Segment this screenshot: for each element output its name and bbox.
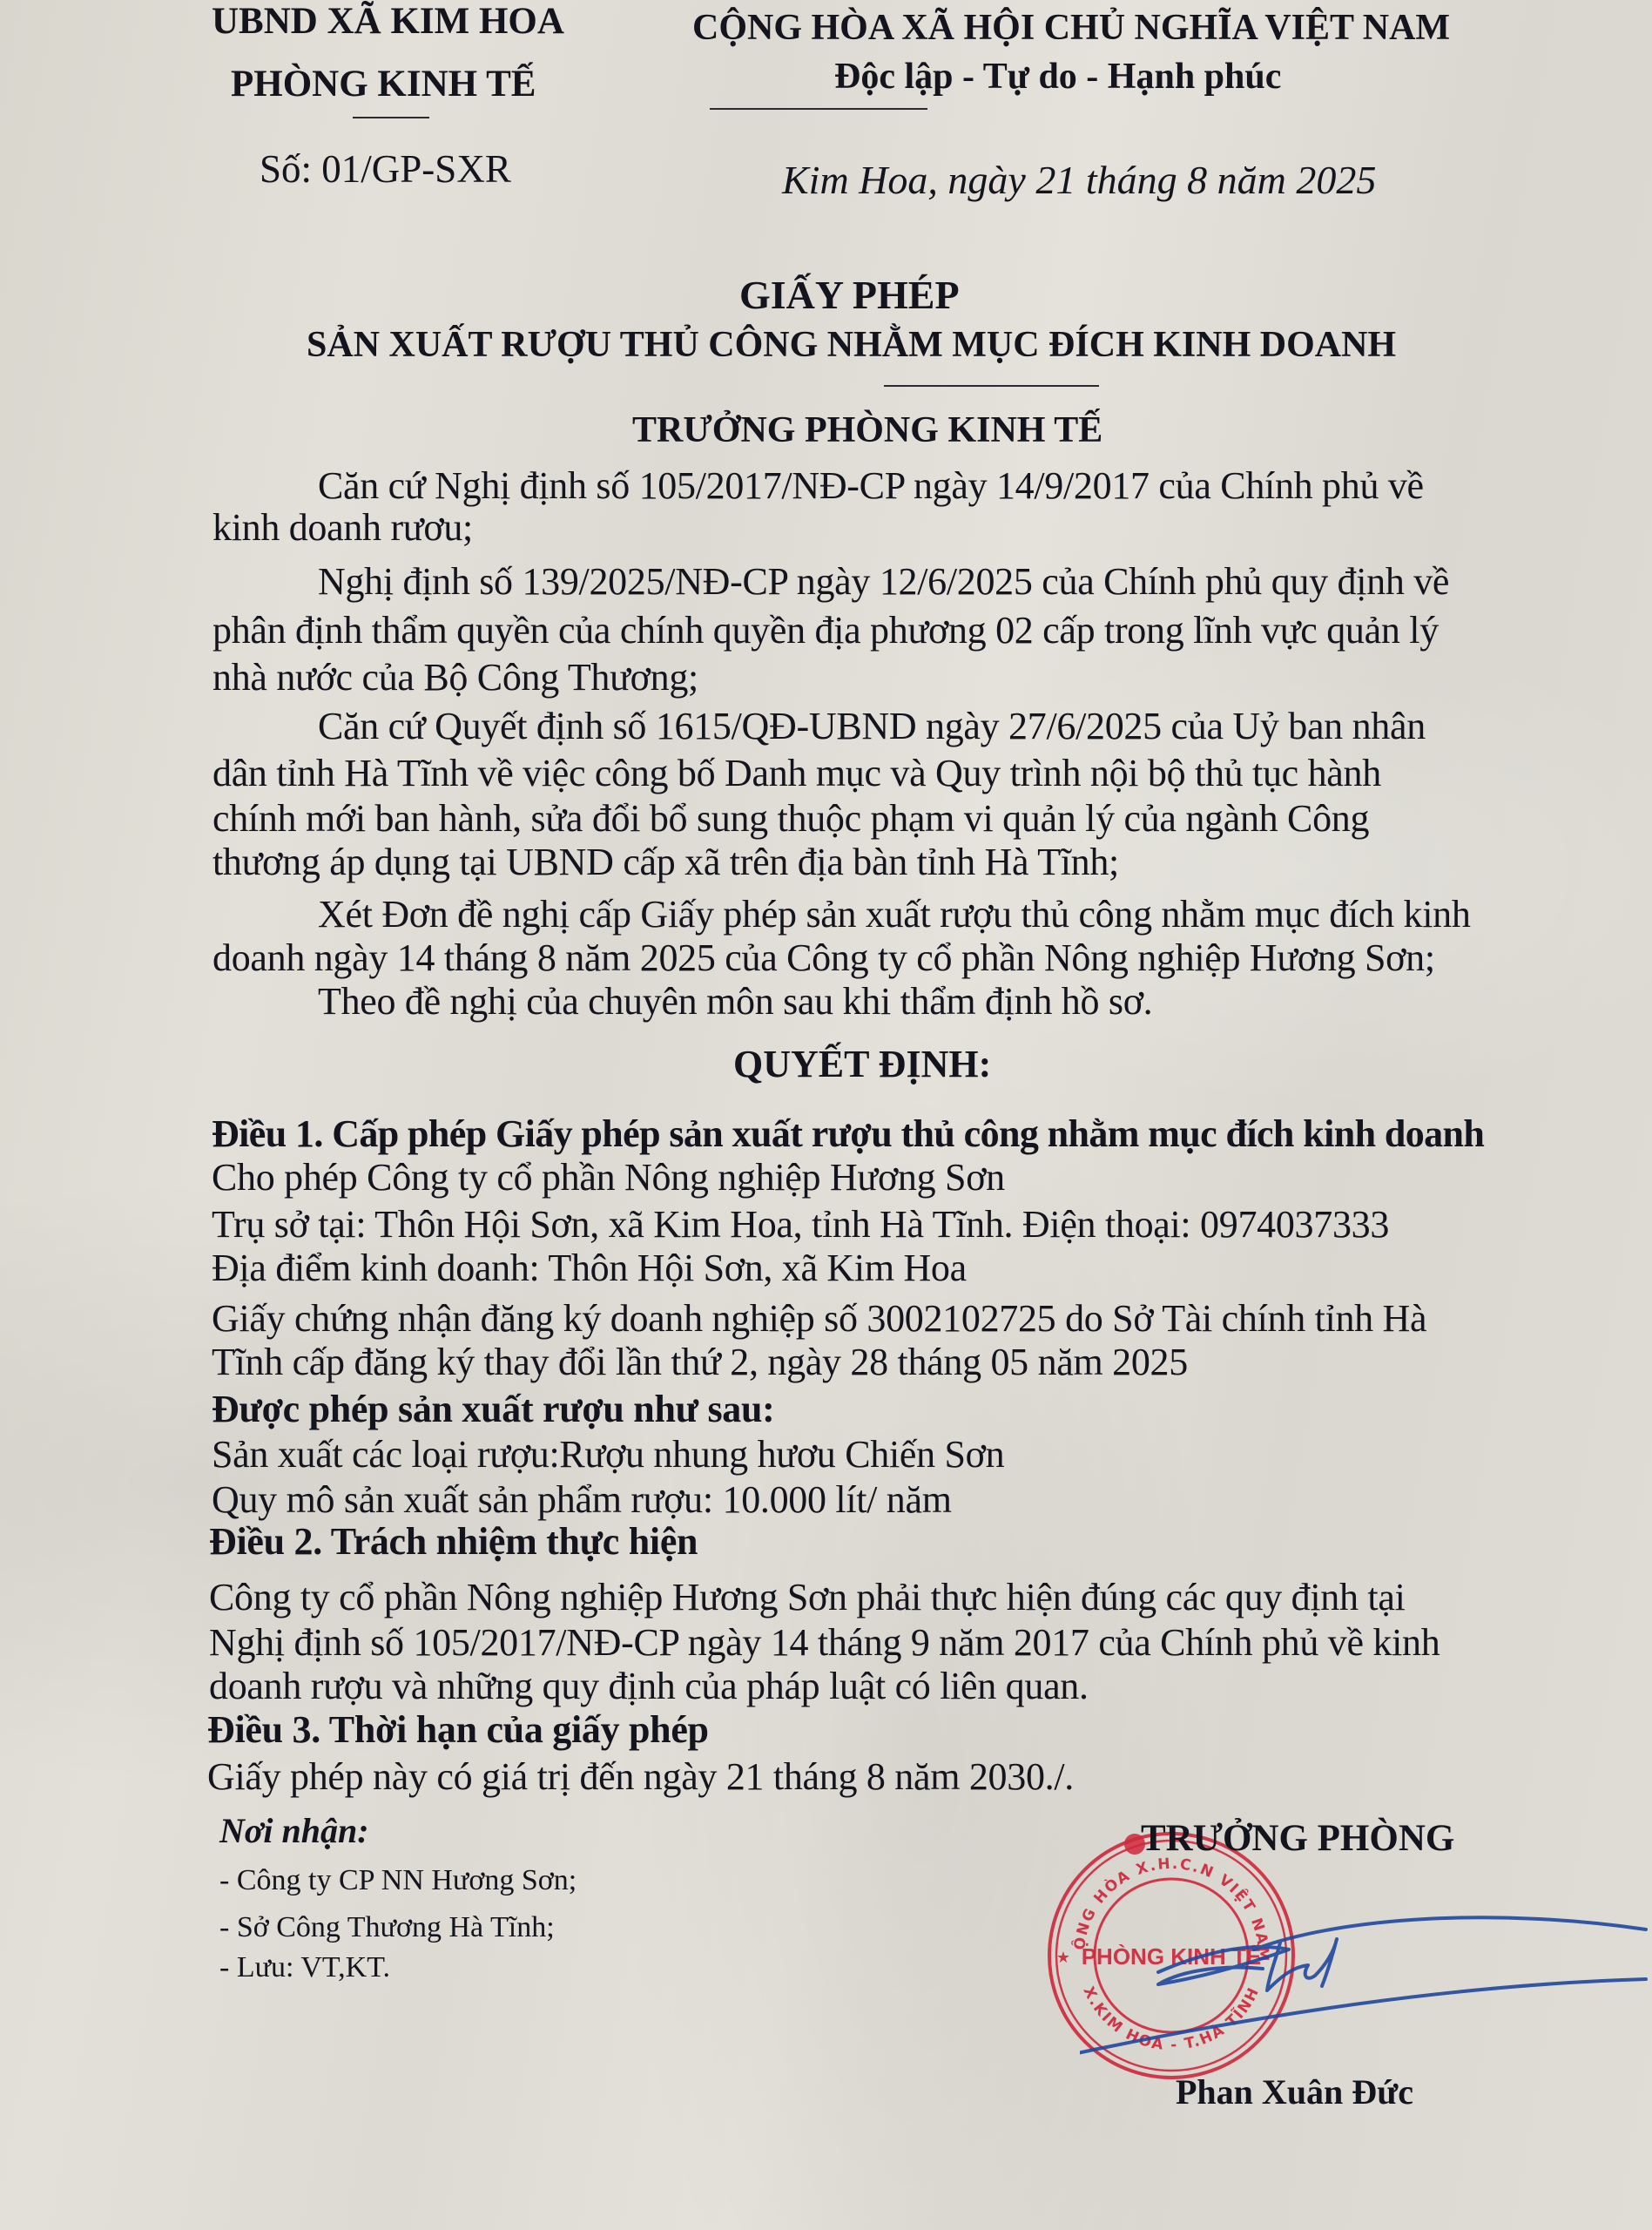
document-title: GIẤY PHÉP [739, 272, 960, 318]
permitted-production-heading: Được phép sản xuất rượu như sau: [212, 1387, 775, 1431]
document-number: Số: 01/GP-SXR [260, 146, 511, 192]
article-1-heading: Điều 1. Cấp phép Giấy phép sản xuất rượu… [212, 1112, 1484, 1156]
header-right-rule [710, 108, 927, 110]
authority-heading: TRƯỞNG PHÒNG KINH TẾ [632, 409, 1102, 451]
article-2-heading: Điều 2. Trách nhiệm thực hiện [209, 1519, 698, 1564]
preamble-line: thương áp dụng tại UBND cấp xã trên địa … [212, 840, 1119, 884]
issuing-department: PHÒNG KINH TẾ [231, 63, 536, 105]
article-3-heading: Điều 3. Thời hạn của giấy phép [207, 1707, 709, 1752]
article-2-line: doanh rượu và những quy định của pháp lu… [209, 1664, 1089, 1708]
issuing-agency: UBND XÃ KIM HOA [212, 0, 564, 43]
recipients-heading: Nơi nhận: [219, 1810, 369, 1851]
preamble-line: Xét Đơn đề nghị cấp Giấy phép sản xuất r… [318, 892, 1471, 936]
preamble-line: phân định thẩm quyền của chính quyền địa… [212, 608, 1439, 652]
article-2-line: Công ty cổ phần Nông nghiệp Hương Sơn ph… [209, 1575, 1406, 1619]
signatory-name: Phan Xuân Đức [1176, 2071, 1413, 2112]
preamble-line: Theo đề nghị của chuyên môn sau khi thẩm… [318, 979, 1152, 1024]
preamble-line: Căn cứ Quyết định số 1615/QĐ-UBND ngày 2… [318, 704, 1426, 748]
signatory-title: TRƯỞNG PHÒNG [1141, 1817, 1454, 1860]
recipient-item: - Lưu: VT,KT. [219, 1951, 390, 1984]
title-rule [884, 385, 1099, 387]
preamble-line: kinh doanh rươu; [212, 505, 473, 550]
decision-heading: QUYẾT ĐỊNH: [733, 1042, 991, 1086]
preamble-line: Nghị định số 139/2025/NĐ-CP ngày 12/6/20… [318, 559, 1449, 604]
national-title: CỘNG HÒA XÃ HỘI CHỦ NGHĨA VIỆT NAM [692, 7, 1450, 49]
preamble-line: chính mới ban hành, sửa đổi bổ sung thuộ… [212, 796, 1369, 841]
handwritten-signature [1080, 1882, 1652, 2073]
permitted-product-line: Sản xuất các loại rượu:Rượu nhung hươu C… [212, 1432, 1004, 1477]
preamble-line: doanh ngày 14 tháng 8 năm 2025 của Công … [212, 936, 1435, 980]
header-left-rule [353, 117, 429, 118]
article-1-line: Giấy chứng nhận đăng ký doanh nghiệp số … [212, 1296, 1426, 1341]
article-1-line: Cho phép Công ty cổ phần Nông nghiệp Hươ… [212, 1155, 1005, 1199]
production-scale-line: Quy mô sản xuất sản phẩm rượu: 10.000 lí… [212, 1477, 952, 1522]
stamp-star-icon: ★ [1056, 1949, 1070, 1967]
document-subtitle: SẢN XUẤT RƯỢU THỦ CÔNG NHẰM MỤC ĐÍCH KIN… [307, 324, 1396, 366]
national-motto: Độc lập - Tự do - Hạnh phúc [834, 56, 1281, 98]
preamble-line: dân tỉnh Hà Tĩnh về việc công bố Danh mụ… [212, 751, 1381, 795]
article-1-line: Tĩnh cấp đăng ký thay đổi lần thứ 2, ngà… [212, 1340, 1188, 1384]
article-3-line: Giấy phép này có giá trị đến ngày 21 thá… [207, 1754, 1074, 1799]
preamble-line: Căn cứ Nghị định số 105/2017/NĐ-CP ngày … [318, 463, 1424, 508]
article-1-line: Địa điểm kinh doanh: Thôn Hội Sơn, xã Ki… [212, 1246, 967, 1290]
recipient-item: - Sở Công Thương Hà Tĩnh; [219, 1911, 555, 1944]
preamble-line: nhà nước của Bộ Công Thương; [212, 655, 698, 699]
recipient-item: - Công ty CP NN Hương Sơn; [219, 1864, 577, 1897]
article-1-line: Trụ sở tại: Thôn Hội Sơn, xã Kim Hoa, tỉ… [212, 1202, 1389, 1247]
article-2-line: Nghị định số 105/2017/NĐ-CP ngày 14 thán… [209, 1620, 1440, 1665]
place-and-date: Kim Hoa, ngày 21 tháng 8 năm 2025 [782, 157, 1376, 203]
